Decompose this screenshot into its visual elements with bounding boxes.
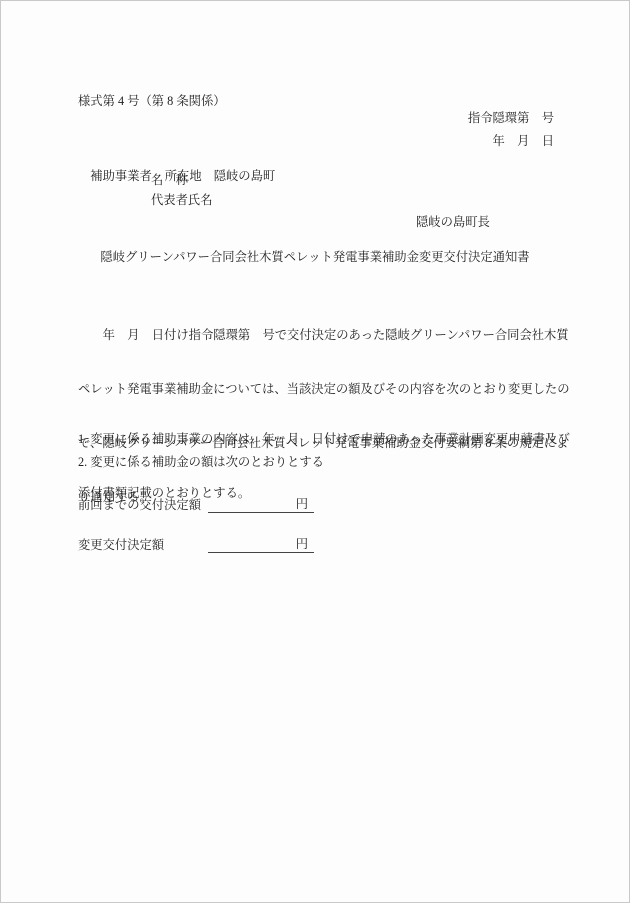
document-title: 隠岐グリーンパワー合同会社木質ペレット発電事業補助金変更交付決定通知書	[1, 249, 629, 265]
recipient-representative-label: 代表者氏名	[151, 192, 213, 208]
body-line: 年 月 日付け指令隠環第 号で交付決定のあった隠岐グリーンパワー合同会社木質	[78, 324, 559, 346]
date-line: 年 月 日	[493, 133, 555, 149]
item-1-line: 1. 変更に係る補助事業の内容は 年 月 日付けで申請のあった事業計画変更申請書…	[78, 428, 559, 450]
revised-grant-amount-blank-field: 円	[208, 536, 314, 553]
revised-grant-amount-row: 変更交付決定額 円	[1, 536, 629, 554]
form-number-label: 様式第 4 号（第 8 条関係）	[78, 93, 226, 109]
previous-grant-amount-row: 前回までの交付決定額 円	[1, 496, 629, 514]
revised-grant-amount-label: 変更交付決定額	[78, 536, 164, 554]
recipient-label: 補助事業者	[90, 169, 152, 183]
recipient-name-label: 名 称	[151, 172, 188, 188]
previous-grant-amount-blank-field: 円	[208, 496, 314, 513]
previous-grant-amount-label: 前回までの交付決定額	[78, 496, 201, 514]
document-page: 様式第 4 号（第 8 条関係） 指令隠環第 号 年 月 日 補助事業者所在地隠…	[0, 0, 630, 903]
reference-number: 指令隠環第 号	[468, 110, 554, 126]
item-2: 2. 変更に係る補助金の額は次のとおりとする	[78, 451, 559, 473]
yen-unit-label: 円	[296, 496, 308, 512]
issuer-name: 隠岐の島町長	[416, 214, 490, 230]
recipient-address-value: 隠岐の島町	[214, 169, 276, 183]
yen-unit-label: 円	[296, 536, 308, 552]
